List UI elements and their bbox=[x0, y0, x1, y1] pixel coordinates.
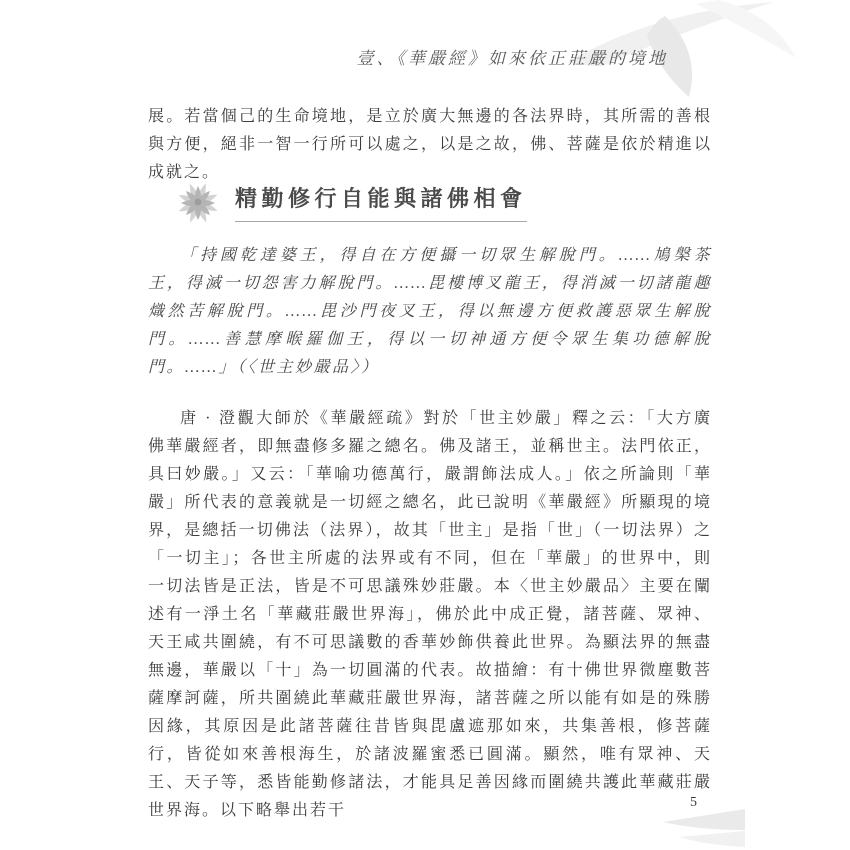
intro-paragraph: 展。若當個己的生命境地，是立於廣大無邊的各法界時，其所需的善根與方便，絕非一智一… bbox=[148, 103, 712, 187]
corner-ornament-bottom-right bbox=[663, 809, 745, 847]
book-page: 壹、《華嚴經》如來依正莊嚴的境地 展。若當個己的生命境地，是立於廣大無邊的各法界… bbox=[0, 0, 850, 850]
section-heading-text: 精勤修行自能與諸佛相會 bbox=[235, 182, 527, 222]
sutra-quote: 「持國乾達婆王，得自在方便攝一切眾生解脫門。……鳩槃茶王，得滅一切怨害力解脫門。… bbox=[148, 242, 712, 382]
commentary-paragraph: 唐 · 澄觀大師於《華嚴經疏》對於「世主妙嚴」釋之云：「大方廣佛華嚴經者，即無盡… bbox=[148, 405, 712, 825]
quote-body: 「持國乾達婆王，得自在方便攝一切眾生解脫門。……鳩槃茶王，得滅一切怨害力解脫門。… bbox=[148, 247, 712, 376]
section-heading: 精勤修行自能與諸佛相會 bbox=[172, 178, 527, 226]
quote-citation: （〈世主妙嚴品〉） bbox=[237, 359, 380, 376]
running-head-chapter-title: 壹、《華嚴經》如來依正莊嚴的境地 bbox=[357, 44, 669, 69]
lotus-icon bbox=[172, 178, 224, 226]
